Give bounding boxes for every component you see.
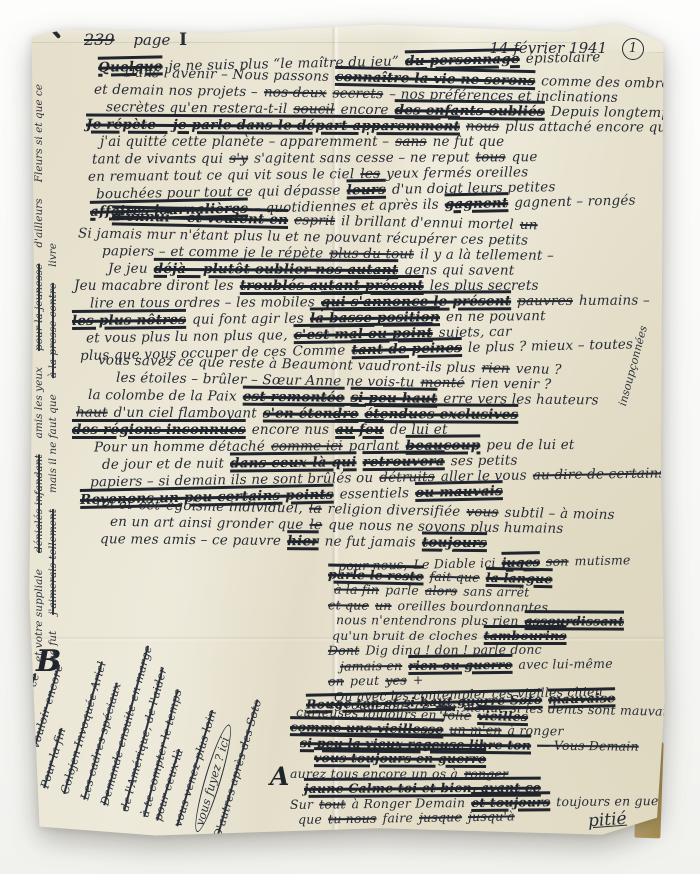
text-segment: à Ronger Demain (352, 795, 466, 811)
main-text-block: Quelqueje ne suis plus “le maître du jeu… (72, 54, 650, 550)
text-segment: les plus nôtres (72, 312, 186, 329)
text-segment: Pour un homme détaché (94, 439, 265, 456)
text-segment: tambourins (484, 628, 567, 643)
text-segment: troublés autant présent (240, 278, 424, 294)
text-segment: déjà – plutôt oublier nos autant (154, 261, 398, 278)
text-segment: les plus secrets (430, 278, 539, 294)
text-segment: essentiels (339, 485, 409, 502)
text-segment: jaune Calme toi et bien, avant ce (304, 780, 541, 796)
text-segment: dans ceux-là qui (230, 454, 357, 471)
text-segment: Sur (290, 796, 313, 811)
text-segment: livre (47, 243, 59, 267)
text-segment: faire (382, 810, 413, 825)
text-segment: et que (328, 597, 369, 612)
text-segment: + (413, 672, 424, 687)
manuscript-line: Je jeudéjà – plutôt oublier nos autantge… (108, 261, 650, 280)
text-segment: un (375, 597, 392, 612)
text-segment: pour la jeunesse (33, 264, 45, 351)
margin-letter-a: A (270, 762, 289, 791)
text-segment: tout (319, 796, 346, 811)
final-word: pitié (587, 809, 627, 832)
text-segment: parle (385, 582, 419, 598)
text-segment: la (309, 501, 322, 517)
text-segment: qu'un bruit de cloches (332, 628, 478, 643)
text-segment: vous (466, 504, 499, 521)
text-segment: épistolaire (526, 49, 601, 67)
text-segment: ses petits (451, 453, 518, 470)
text-segment: et toujours (471, 794, 550, 810)
text-segment: comme une vieillesse (290, 719, 444, 736)
text-segment: qui s'annonce le présent (321, 293, 511, 310)
text-segment: rien venir ? (470, 375, 551, 392)
text-segment: gagnent – rongés (514, 192, 636, 211)
text-segment: qui font agir les (192, 311, 304, 328)
text-segment: alors (425, 583, 458, 599)
text-segment: nos deux (264, 84, 327, 101)
text-segment: jusqu'à (468, 808, 515, 824)
text-segment: ou mauvais (415, 483, 503, 501)
text-segment: peut (350, 673, 380, 688)
text-segment: haut (76, 404, 108, 420)
text-segment: et votre suppliale (33, 569, 45, 662)
text-segment: secrètes qu'en restera-t-il (106, 99, 288, 117)
text-segment: ronger (464, 766, 508, 781)
text-segment: tant de vivants qui (92, 151, 223, 168)
text-segment: j'aimerais tellement (47, 509, 59, 615)
text-segment: son (546, 554, 569, 569)
text-segment: du personnage (405, 51, 520, 69)
text-segment: peu de lui et (486, 437, 574, 453)
text-segment: tu nous (328, 811, 377, 827)
text-segment: vieilles (477, 708, 528, 724)
text-segment: à ronger (507, 723, 563, 739)
page-header: 239 page I (84, 30, 187, 50)
text-segment: les (360, 166, 380, 182)
text-segment: mauvaise (548, 690, 615, 706)
left-margin-notes: et votre supplialedénialés infandantamis… (32, 72, 60, 662)
text-segment: tant de peines (351, 340, 462, 358)
text-segment: sans (395, 134, 426, 150)
text-segment: d'ailleurs (33, 198, 45, 247)
text-segment: étendues exclusives (364, 406, 518, 423)
text-segment: d'un ciel flamboyant (114, 405, 257, 422)
text-segment: Dig ding ! don ! parle donc (365, 642, 541, 658)
text-segment: que (512, 149, 538, 165)
text-segment: est remontée (243, 389, 345, 406)
text-segment: lire en tous ordres – les mobiles (90, 294, 315, 311)
text-segment: amis les yeux (33, 367, 45, 438)
text-segment: mutisme (574, 552, 630, 568)
text-segment: s'en étendre (263, 405, 359, 422)
text-segment: un m'en (449, 722, 501, 738)
text-segment: des enfants oubliés (395, 102, 545, 120)
text-segment: encore (341, 102, 389, 119)
text-segment: assourdissant (525, 613, 624, 629)
text-segment: de jour et de nuit (102, 456, 224, 473)
text-segment: jusque (419, 809, 462, 825)
text-segment: détruits (379, 469, 435, 486)
text-segment: oreilles bourdonnantes (397, 598, 548, 615)
text-segment: à la presse contre (47, 283, 59, 378)
text-segment: juges (501, 554, 540, 570)
text-segment: à la fin (334, 581, 379, 597)
text-segment: parlant (349, 438, 400, 454)
text-segment: Et toute la vie entière (28, 643, 30, 773)
text-segment: beaucoup (406, 437, 481, 453)
text-segment: au feu (335, 422, 384, 438)
text-segment: Jeu macabre diront les (74, 278, 234, 294)
text-segment: des régions inconnues (72, 422, 246, 438)
text-segment: on (328, 673, 344, 688)
manuscript-line: Jeu macabre diront lestroublés autant pr… (74, 278, 650, 294)
text-segment: que (298, 811, 322, 826)
text-segment: aurez tous encore un os à (290, 766, 458, 781)
page-numeral: I (179, 30, 187, 50)
text-segment: nous (466, 119, 499, 135)
text-segment: s'agitent sans cesse – ne reput (254, 149, 470, 166)
text-segment: yes (385, 672, 407, 687)
text-segment: tous (476, 149, 506, 165)
text-segment: gens qui savent (404, 262, 514, 279)
text-segment: Je jeu (108, 261, 148, 277)
text-segment: soucil (293, 101, 334, 117)
manuscript-line: hautd'un ciel flamboyants'en étendreéten… (76, 404, 650, 423)
text-segment: et demain nos projets – (94, 82, 258, 101)
text-segment: pauvres (517, 293, 573, 309)
text-segment: le (309, 517, 322, 533)
text-segment: gagnent (445, 195, 509, 212)
text-segment: esprit (294, 212, 335, 229)
text-segment: — Vous Demain (537, 737, 639, 753)
text-segment: comme ici (271, 438, 343, 454)
text-segment: fait que (430, 568, 480, 584)
text-segment: rien ou guerre (408, 656, 512, 672)
text-segment: la colombe de la Paix (88, 387, 237, 405)
text-segment: secrets (332, 85, 383, 102)
text-segment: ne fut que (433, 134, 505, 150)
manuscript-line: aurez tous encore un os àronger (290, 767, 658, 782)
text-segment: toujours en guerre (556, 792, 666, 808)
text-segment: dénialés infandant (33, 454, 45, 553)
text-segment: un (520, 217, 538, 233)
text-segment: si peu haut (350, 390, 437, 407)
text-segment: d'ennui – et veulent en (112, 208, 288, 228)
manuscript-line: j'ai quitté cette planète – apparemment … (100, 134, 650, 150)
page-label: page (133, 31, 170, 49)
text-segment: sans arrêt (463, 583, 529, 599)
text-segment: plus du tout (329, 246, 414, 263)
text-segment: avec lui-même (518, 655, 612, 671)
text-segment: Dont (328, 643, 359, 658)
text-segment: de lui et (390, 422, 448, 438)
photo-stage: 239 page I 14 février 1941 1 Quelqueje n… (0, 0, 700, 874)
text-segment: toujours (422, 534, 487, 551)
text-segment: mais il ne faut que (47, 394, 59, 493)
text-segment: nous n'entendrons plus rien (336, 612, 519, 628)
manuscript-line: Je répète – je parle dans le départ appa… (86, 117, 650, 136)
text-segment: Je répète – je parle dans le départ appa… (86, 117, 460, 135)
paper-shadow: 239 page I 14 février 1941 1 Quelqueje n… (28, 22, 666, 838)
text-segment: papiers – et comme je le répète (102, 243, 324, 261)
bottom-text-block: Rouge ton et si haut guerre Sotomauvaise… (290, 694, 658, 825)
text-segment: encore nus (252, 422, 329, 438)
text-segment: rien (481, 360, 510, 377)
text-segment: jamais en (340, 658, 402, 674)
text-segment: leurs (347, 182, 386, 199)
text-segment: vous toujours en guerre (314, 750, 486, 766)
text-segment: monté (420, 375, 464, 392)
text-segment: s'y (229, 151, 248, 167)
manuscript-line: des régions inconnuesencore nusau feude … (72, 422, 650, 438)
manuscript-paper: 239 page I 14 février 1941 1 Quelqueje n… (28, 22, 666, 838)
text-segment: retrouvera (362, 453, 444, 470)
manuscript-line: qu'un bruit de clochestambourins (332, 629, 658, 644)
sheet-number: 239 (84, 30, 115, 49)
text-segment: parle le reste (328, 566, 424, 583)
text-segment: j'ai quitté cette planète – apparemment … (100, 134, 389, 150)
text-segment: le plus ? mieux – toutes (468, 336, 633, 355)
text-segment: la basse position (310, 309, 440, 326)
text-segment: folie (443, 707, 472, 723)
text-segment: il y a là tellement – (420, 246, 554, 263)
